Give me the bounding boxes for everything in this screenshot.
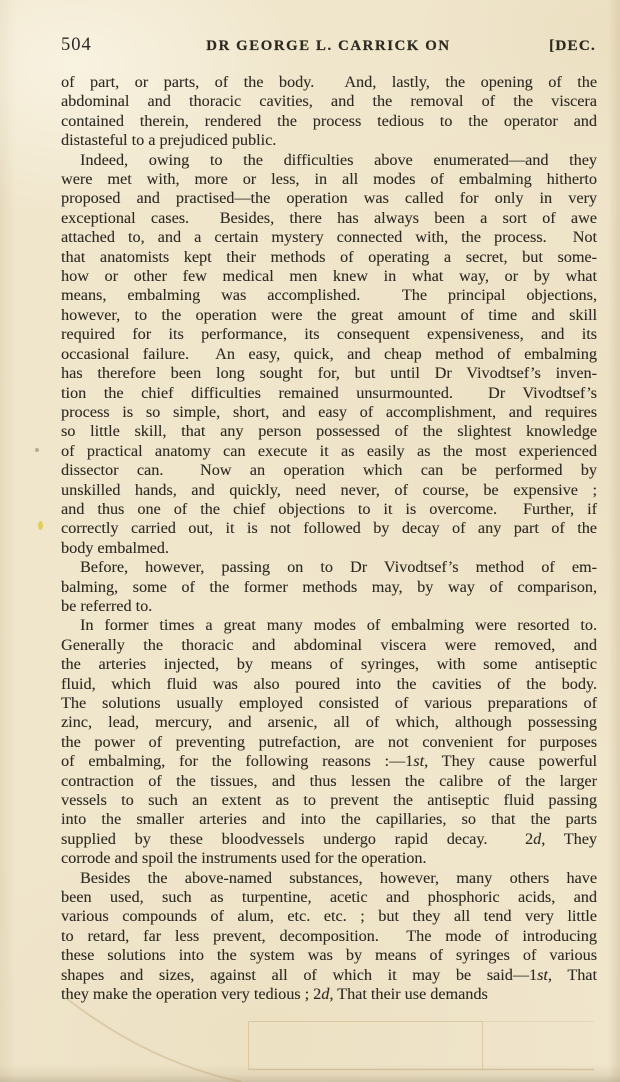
text-line: these solutions into the system was by m… bbox=[61, 946, 597, 965]
text-line: how or other few medical men knew in wha… bbox=[61, 267, 597, 286]
text-line: contained therein, rendered the process … bbox=[61, 112, 597, 131]
text-line: of practical anatomy can execute it as e… bbox=[61, 442, 597, 461]
paragraph: of part, or parts, of the body. And, las… bbox=[61, 73, 597, 151]
text-line: unskilled hands, and quickly, need never… bbox=[61, 481, 597, 500]
text-line: has therefore been long sought for, but … bbox=[61, 364, 597, 383]
paragraph: Besides the above-named substances, howe… bbox=[61, 869, 597, 1005]
text-line: proposed and practised—the operation was… bbox=[61, 189, 597, 208]
text-line: Indeed, owing to the difficulties above … bbox=[61, 151, 597, 170]
text-line: to retard, far less prevent, decompositi… bbox=[61, 927, 597, 946]
text-line: contraction of the tissues, and thus les… bbox=[61, 772, 597, 791]
text-line: vessels to such an extent as to prevent … bbox=[61, 791, 597, 810]
text-line: body embalmed. bbox=[61, 539, 597, 558]
text-line: into the smaller arteries and into the c… bbox=[61, 810, 597, 829]
paper-stain bbox=[38, 521, 43, 530]
text-line: and thus one of the chief objections to … bbox=[61, 500, 597, 519]
text-line: supplied by these bloodvessels undergo r… bbox=[61, 830, 597, 849]
text-line: required for its performance, its conseq… bbox=[61, 325, 597, 344]
text-line: however, to the operation were the great… bbox=[61, 306, 597, 325]
scanned-page: 504 DR GEORGE L. CARRICK ON [DEC. of par… bbox=[0, 0, 620, 1082]
text-line: various compounds of alum, etc. etc. ; b… bbox=[61, 907, 597, 926]
text-line: shapes and sizes, against all of which i… bbox=[61, 966, 597, 985]
text-line: process is so simple, short, and easy of… bbox=[61, 403, 597, 422]
text-line: Besides the above-named substances, howe… bbox=[61, 869, 597, 888]
text-line: abdominal and thoracic cavities, and the… bbox=[61, 92, 597, 111]
text-line: attached to, and a certain mystery conne… bbox=[61, 228, 597, 247]
text-line: of embalming, for the following reasons … bbox=[61, 752, 597, 771]
paragraph: In former times a great many modes of em… bbox=[61, 616, 597, 868]
text-line: of part, or parts, of the body. And, las… bbox=[61, 73, 597, 92]
text-line: the power of preventing putrefaction, ar… bbox=[61, 733, 597, 752]
page-body: of part, or parts, of the body. And, las… bbox=[61, 73, 597, 1005]
text-line: corrode and spoil the instruments used f… bbox=[61, 849, 597, 868]
text-line: fluid, which fluid was also poured into … bbox=[61, 675, 597, 694]
text-line: occasional failure. An easy, quick, and … bbox=[61, 345, 597, 364]
paragraph: Indeed, owing to the difficulties above … bbox=[61, 151, 597, 559]
text-line: tion the chief difficulties remained uns… bbox=[61, 384, 597, 403]
running-title: DR GEORGE L. CARRICK ON bbox=[61, 38, 596, 55]
text-line: means, embalming was accomplished. The p… bbox=[61, 286, 597, 305]
text-line: were met with, more or less, in all mode… bbox=[61, 170, 597, 189]
text-line: zinc, lead, mercury, and arsenic, all of… bbox=[61, 713, 597, 732]
text-line: that anatomists kept their methods of op… bbox=[61, 248, 597, 267]
text-line: Before, however, passing on to Dr Vivodt… bbox=[61, 558, 597, 577]
issue-label: [DEC. bbox=[549, 37, 596, 55]
text-line: Generally the thoracic and abdominal vis… bbox=[61, 636, 597, 655]
page-header: 504 DR GEORGE L. CARRICK ON [DEC. bbox=[61, 35, 596, 55]
paragraph: Before, however, passing on to Dr Vivodt… bbox=[61, 558, 597, 616]
text-line: The solutions usually employed consisted… bbox=[61, 694, 597, 713]
text-line: correctly carried out, it is not followe… bbox=[61, 519, 597, 538]
text-line: balming, some of the former methods may,… bbox=[61, 578, 597, 597]
text-line: the arteries injected, by means of syrin… bbox=[61, 655, 597, 674]
text-line: be referred to. bbox=[61, 597, 597, 616]
text-line: In former times a great many modes of em… bbox=[61, 616, 597, 635]
text-line: distasteful to a prejudiced public. bbox=[61, 131, 597, 150]
text-line: they make the operation very tedious ; 2… bbox=[61, 985, 597, 1004]
text-line: dissector can. Now an operation which ca… bbox=[61, 461, 597, 480]
text-line: exceptional cases. Besides, there has al… bbox=[61, 209, 597, 228]
text-line: been used, such as turpentine, acetic an… bbox=[61, 888, 597, 907]
ink-speck bbox=[35, 448, 39, 452]
text-line: so little skill, that any person possess… bbox=[61, 422, 597, 441]
